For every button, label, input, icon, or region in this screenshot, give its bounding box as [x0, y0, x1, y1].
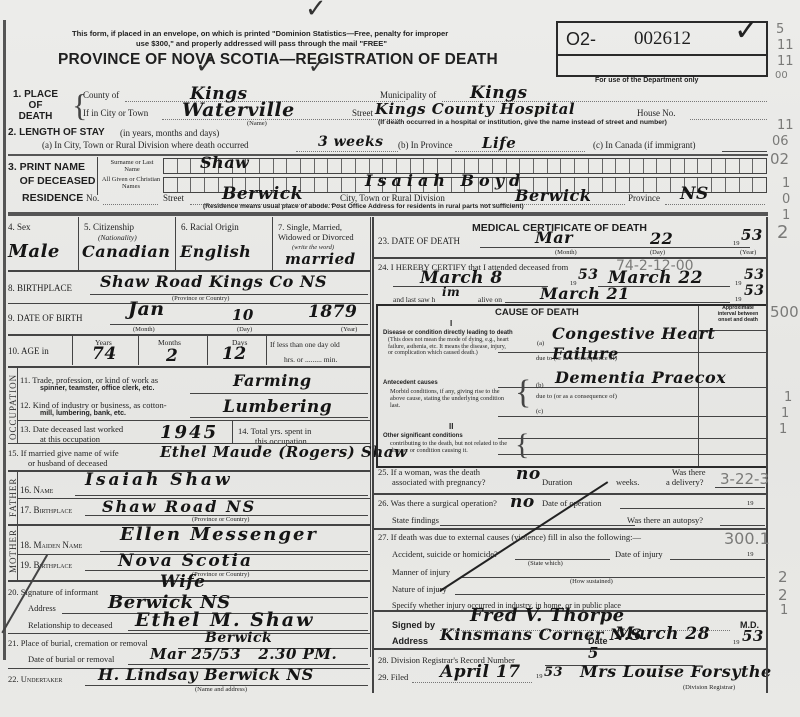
- antecedent-label: Antecedent causes: [383, 380, 438, 386]
- age-label: 10. AGE in: [8, 346, 49, 356]
- injury-year-prefix: 19: [747, 551, 754, 558]
- trade-label: 11. Trade, profession, or kind of work a…: [20, 375, 158, 385]
- alive-on-value: March 21: [540, 284, 630, 303]
- stay-city-label: (a) In City, Town or Rural Division wher…: [42, 140, 249, 150]
- cause-c-label: (c): [536, 408, 543, 415]
- city-sublabel: (Name): [247, 120, 267, 127]
- mailing-notice-line1: This form, if placed in an envelope, on …: [72, 29, 448, 38]
- filed-value: April 17: [440, 662, 521, 682]
- residence-city-label: City, Town or Rural Division: [340, 193, 445, 203]
- brace: {: [515, 374, 531, 412]
- how-sustained-label: (How sustained): [570, 578, 613, 585]
- margin-code: 300.1: [724, 529, 770, 548]
- mother-maiden-value: Ellen Messenger: [120, 524, 318, 545]
- citizenship-sublabel: (Nationality): [98, 233, 137, 242]
- stay-province-value: Life: [482, 134, 516, 152]
- print-name-label: 3. PRINT NAME OF DECEASED: [8, 160, 96, 188]
- margin-code: 11: [777, 38, 794, 53]
- industry-value: Lumbering: [223, 397, 332, 417]
- delivery-label2: a delivery?: [666, 477, 704, 487]
- dob-month: Jan: [128, 298, 165, 320]
- dod-month: Mar: [535, 228, 573, 247]
- mother-birthplace-label: 19. Birthplace: [20, 560, 72, 570]
- left-border: [3, 20, 6, 660]
- informant-relationship-label: Relationship to deceased: [28, 620, 113, 630]
- residence-no-label: No.: [86, 193, 99, 203]
- spouse-label: 15. If married give name of wife: [8, 448, 119, 458]
- mother-birthplace-value: Nova Scotia: [118, 551, 253, 571]
- registration-number: 002612: [634, 28, 691, 50]
- city-label: If in City or Town: [83, 108, 148, 118]
- age-years-value: 74: [92, 344, 117, 364]
- weeks-label: weeks.: [616, 477, 639, 487]
- father-birthplace-label: 17. Birthplace: [20, 505, 72, 515]
- checkmark-icon: ✓: [734, 13, 759, 48]
- signature-address-label: Address: [392, 636, 428, 646]
- page-title: PROVINCE OF NOVA SCOTIA—REGISTRATION OF …: [58, 51, 498, 69]
- part-two-numeral: II: [449, 422, 453, 431]
- father-name-value: Isaiah Shaw: [85, 470, 233, 490]
- checkmark-icon: ✓: [305, 0, 327, 24]
- burial-place-label: 21. Place of burial, cremation or remova…: [8, 638, 148, 648]
- sex-value: Male: [8, 241, 60, 262]
- last-worked-value: 1945: [160, 422, 218, 443]
- mother-maiden-label: 18. Maiden Name: [20, 540, 82, 550]
- margin-code: 2: [777, 222, 788, 243]
- cause-a-label: (a): [537, 340, 544, 347]
- operation-year-prefix: 19: [747, 500, 754, 507]
- injury-date-label: Date of injury: [615, 549, 663, 559]
- cause-of-death-title: CAUSE OF DEATH: [495, 307, 579, 318]
- other-conditions-label: Other significant conditions: [383, 433, 463, 439]
- margin-code: 1: [779, 422, 787, 437]
- age-infant-units: hrs. or ......... min.: [284, 355, 337, 364]
- length-of-stay-sublabel: (in years, months and days): [120, 128, 219, 138]
- section-place-of-death: 1. PLACEOFDEATH: [8, 89, 63, 122]
- undertaker-value: H. Lindsay Berwick NS: [98, 665, 314, 684]
- q26-label: 26. Was there a surgical operation?: [378, 498, 497, 508]
- margin-code: 00: [775, 70, 788, 81]
- marital-status-value: married: [285, 250, 356, 268]
- department-note: For use of the Department only: [595, 77, 698, 84]
- alive-on-year: 53: [744, 283, 764, 299]
- total-years-label: 14. Total yrs. spent in: [238, 426, 311, 436]
- delivery-label: Was there: [672, 467, 706, 477]
- brace: {: [515, 428, 529, 462]
- informant-address-label: Address: [28, 603, 56, 613]
- birthplace-value: Shaw Road Kings Co NS: [100, 272, 327, 291]
- signature-date-value: March 28: [615, 624, 710, 644]
- margin-code: 1: [780, 603, 788, 618]
- margin-code: 2: [778, 586, 788, 604]
- record-number-value: 5: [588, 644, 599, 662]
- filed-label: 29. Filed: [378, 672, 408, 682]
- alive-on-label: alive on: [478, 295, 502, 304]
- signature-year-prefix: 19: [733, 639, 740, 646]
- dod-day: 22: [650, 229, 673, 248]
- surname-value: Shaw: [200, 153, 249, 172]
- last-saw-pronoun: im: [442, 285, 460, 299]
- surname-label: Surname or Last Name: [104, 159, 160, 173]
- father-birthplace-value: Shaw Road NS: [102, 497, 256, 516]
- direct-cause-note: (This does not mean the mode of dying, e…: [388, 337, 510, 357]
- last-worked-label: 13. Date deceased last worked: [20, 424, 123, 434]
- residence-street-label: Street: [163, 193, 184, 203]
- informant-relationship-value: Ethel M. Shaw: [135, 609, 314, 631]
- antecedent-note: Morbid conditions, if any, giving rise t…: [390, 388, 510, 409]
- q26-value: no: [510, 492, 535, 512]
- citizenship-value: Canadian: [82, 242, 170, 261]
- birthplace-label: 8. BIRTHPLACE: [8, 283, 72, 293]
- residence-city-value: Berwick: [515, 186, 591, 205]
- signed-by-value: Fred V. Thorpe: [470, 605, 625, 626]
- attended-from-value: March 8: [420, 268, 503, 288]
- trade-label2: spinner, teamster, office clerk, etc.: [40, 385, 154, 392]
- manner-label: Manner of injury: [392, 567, 450, 577]
- death-registration-form: ✓ ✓ ✓ This form, if placed in an envelop…: [0, 0, 800, 717]
- attended-to-year-prefix: 19: [735, 280, 742, 287]
- city-value: Waterville: [182, 99, 295, 121]
- father-name-label: 16. Name: [20, 485, 53, 495]
- county-label: County of: [83, 90, 119, 100]
- undertaker-sublabel: (Name and address): [195, 686, 247, 693]
- signed-by-label: Signed by: [392, 620, 435, 630]
- signature-date-year: 53: [742, 627, 764, 645]
- mailing-notice-line2: use $300," and properly addressed will p…: [136, 39, 387, 48]
- informant-signature-value: Wife: [160, 572, 205, 592]
- q25-label: 25. If a woman, was the death: [378, 467, 480, 477]
- margin-code: 11: [777, 118, 794, 133]
- part-one-numeral: I: [450, 319, 452, 328]
- margin-code: 1: [782, 208, 790, 223]
- attended-to-year: 53: [744, 267, 764, 283]
- direct-cause-label: Disease or condition directly leading to…: [383, 330, 513, 336]
- dob-year: 1879: [308, 302, 357, 322]
- undertaker-label: 22. Undertaker: [8, 674, 62, 684]
- street-label: Street: [352, 108, 373, 118]
- filed-year-prefix: 19: [536, 673, 543, 680]
- stay-canada-label: (c) In Canada (if immigrant): [593, 140, 695, 150]
- dod-day-label: (Day): [650, 249, 665, 256]
- dob-day-label: (Day): [237, 326, 252, 333]
- citizenship-label: 5. Citizenship: [84, 222, 134, 232]
- age-days-value: 12: [222, 344, 247, 364]
- dod-year-label: (Year): [740, 249, 756, 256]
- dob-day: 10: [232, 306, 254, 324]
- due-to-b-label: due to (or as a consequence of): [536, 393, 617, 400]
- racial-origin-label: 6. Racial Origin: [181, 222, 239, 232]
- industry-label: 12. Kind of industry or business, as cot…: [20, 400, 167, 410]
- margin-code: 1: [784, 390, 792, 405]
- cause-b-label: (b): [536, 382, 544, 389]
- dod-year-prefix: 19: [733, 240, 740, 247]
- registrar-name: Mrs Louise Forsythe: [580, 662, 772, 681]
- racial-origin-value: English: [180, 242, 251, 261]
- autopsy-label: Was there an autopsy?: [627, 515, 703, 525]
- margin-code: 0: [782, 192, 790, 207]
- municipality-label: Municipality of: [380, 90, 436, 100]
- residence-province-value: NS: [680, 184, 709, 204]
- registration-number-box: O2- 002612 ✓: [556, 21, 768, 77]
- birthplace-sublabel: (Province or Country): [172, 295, 229, 302]
- age-infant-label: If less than one day old: [270, 340, 340, 349]
- given-names-label: All Given or Christian Names: [100, 176, 162, 190]
- marital-status-label: 7. Single, Married, Widowed or Divorced: [278, 222, 370, 242]
- interval-header: Approximate interval between onset and d…: [716, 305, 760, 323]
- stay-province-label: (b) In Province: [398, 140, 452, 150]
- given-names-value: Isaiah Boyd: [365, 171, 525, 190]
- burial-date-value: Mar 25/53 2.30 PM.: [150, 645, 337, 663]
- registration-prefix: O2-: [566, 29, 596, 50]
- findings-label: State findings: [392, 515, 439, 525]
- age-months-value: 2: [166, 346, 178, 366]
- spouse-label2: or husband of deceased: [28, 458, 108, 468]
- stay-city-value: 3 weeks: [318, 134, 384, 150]
- filed-year: 53: [544, 665, 563, 680]
- dob-label: 9. DATE OF BIRTH: [8, 313, 82, 323]
- accident-label: Accident, suicide or homicide?: [392, 549, 498, 559]
- duration-label: Duration: [542, 477, 572, 487]
- nature-label: Nature of injury: [392, 584, 447, 594]
- margin-code: 500: [770, 303, 799, 321]
- hospital-note: (If death occurred in a hospital or inst…: [378, 119, 667, 126]
- sex-label: 4. Sex: [8, 222, 31, 232]
- burial-date-label: Date of burial or removal: [28, 654, 114, 664]
- length-of-stay-label: 2. LENGTH OF STAY: [8, 127, 105, 138]
- dob-year-label: (Year): [341, 326, 357, 333]
- margin-code: 1: [782, 176, 790, 191]
- other-conditions-note: contributing to the death, but not relat…: [390, 440, 510, 454]
- residence-note: (Residence means usual place of abode. P…: [203, 203, 524, 210]
- dob-month-label: (Month): [133, 326, 155, 333]
- registrar-sublabel: (Division Registrar): [683, 684, 735, 691]
- q25-label2: associated with pregnancy?: [392, 477, 485, 487]
- alive-on-year-prefix: 19: [735, 296, 742, 303]
- house-no-label: House No.: [637, 108, 676, 118]
- industry-label2: mill, lumbering, bank, etc.: [40, 410, 126, 417]
- margin-code: 3-22-3: [720, 470, 769, 488]
- margin-code: 06: [772, 134, 789, 149]
- dod-month-label: (Month): [555, 249, 577, 256]
- q25-value: no: [516, 464, 541, 484]
- trade-value: Farming: [233, 371, 312, 390]
- burial-place-value: Berwick: [205, 630, 272, 646]
- margin-code: 02: [770, 150, 789, 168]
- residence-province-label: Province: [628, 193, 660, 203]
- margin-code: 5: [776, 22, 784, 37]
- margin-code: 11: [777, 54, 794, 69]
- attended-from-year: 53: [578, 267, 598, 283]
- cause-b-value: Dementia Praecox: [555, 368, 726, 387]
- residence-street-value: Berwick: [222, 184, 303, 204]
- due-to-a-label: due to (or as a consequence of): [536, 355, 617, 362]
- margin-code: 2: [778, 568, 788, 586]
- spouse-value: Ethel Maude (Rogers) Shaw: [160, 443, 407, 461]
- state-which-label: (State which): [528, 560, 563, 567]
- residence-label: RESIDENCE: [22, 192, 83, 204]
- last-saw-label: and last saw h: [393, 295, 435, 304]
- dod-year: 53: [741, 226, 763, 244]
- street-value: Kings County Hospital: [375, 100, 575, 118]
- father-birthplace-sublabel: (Province or Country): [192, 516, 249, 523]
- q27-label: 27. If death was due to external causes …: [378, 532, 641, 542]
- dod-label: 23. DATE OF DEATH: [378, 236, 460, 246]
- margin-code: 1: [781, 406, 789, 421]
